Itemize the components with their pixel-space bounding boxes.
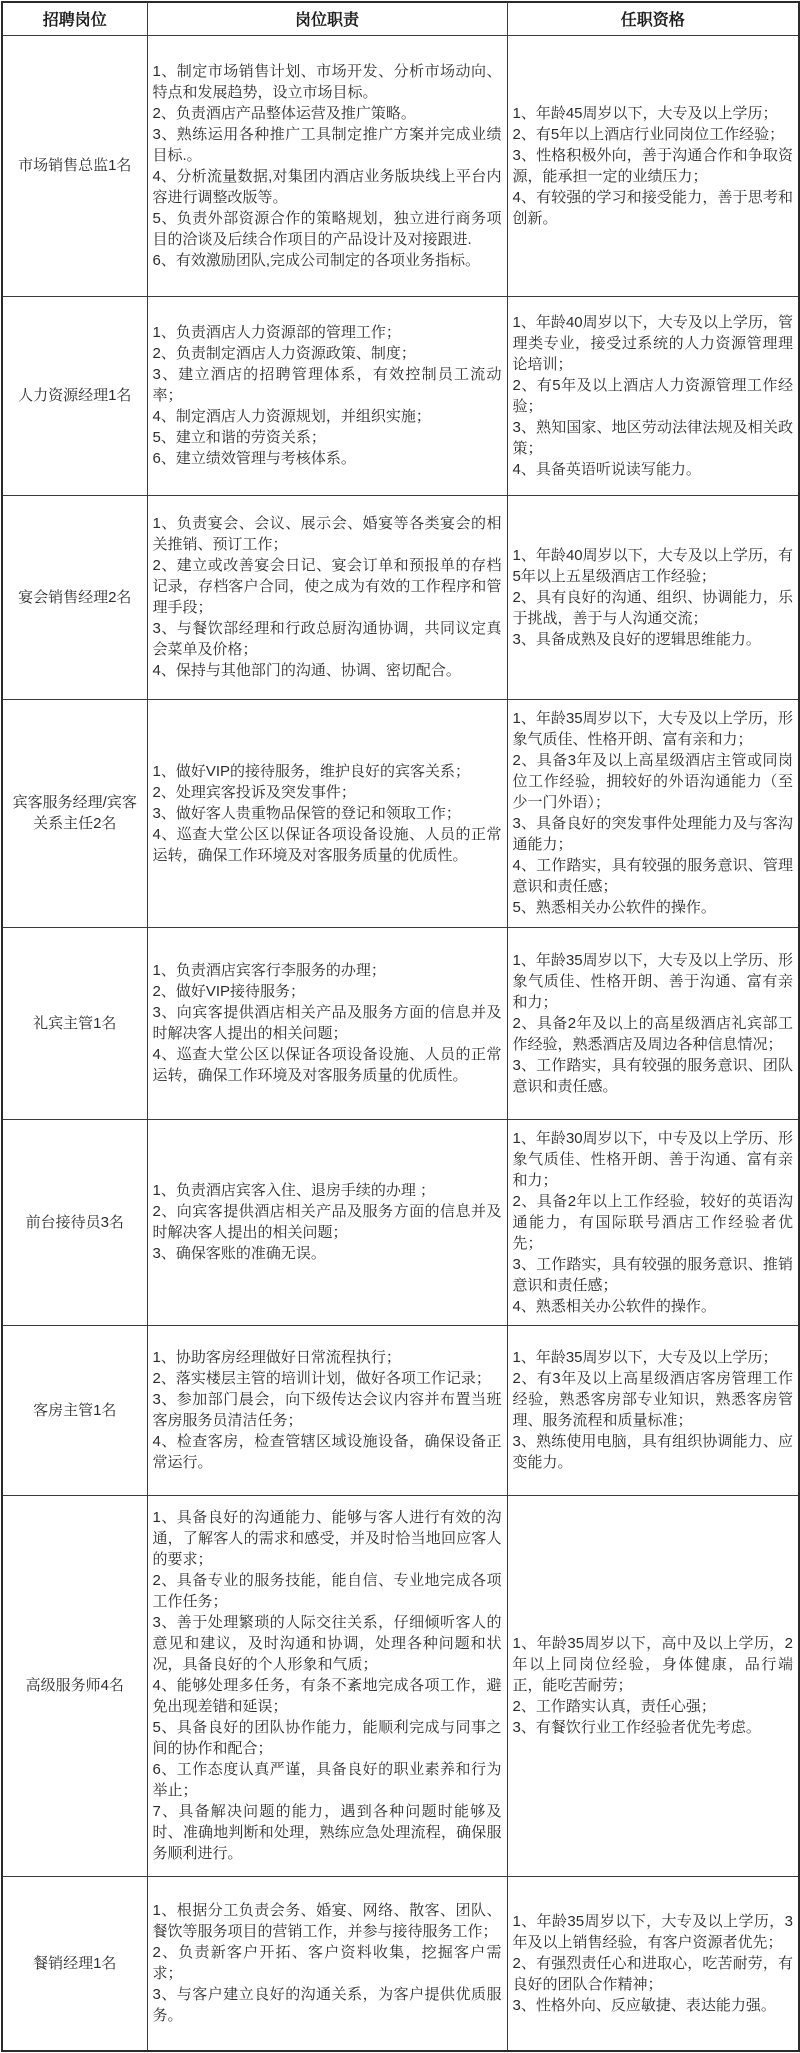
duty-item: 3、熟练运用各种推广工具制定推广方案并完成业绩目标.。 — [153, 124, 502, 166]
qualifications-cell: 1、年龄40周岁以下，大专及以上学历，管理类专业，接受过系统的人力资源管理理论培… — [507, 296, 799, 495]
duty-item: 4、能够处理多任务，有条不紊地完成各项工作，避免出现差错和延误； — [153, 1675, 502, 1717]
qualification-item: 3、性格积极外向，善于沟通合作和争取资源，能承担一定的业绩压力； — [513, 145, 794, 187]
qualification-item: 3、具备良好的突发事件处理能力及与客沟通能力； — [513, 813, 794, 855]
qualification-item: 1、年龄35周岁以下，大专及以上学历； — [513, 1347, 794, 1368]
duty-item: 3、善于处理繁琐的人际交往关系，仔细倾听客人的意见和建议，及时沟通和协调，处理各… — [153, 1612, 502, 1675]
qualification-item: 1、年龄35周岁以下，高中及以上学历，2年以上同岗位经验，身体健康，品行端正，能… — [513, 1633, 794, 1696]
duty-item: 6、建立绩效管理与考核体系。 — [153, 448, 502, 469]
column-header-duties: 岗位职责 — [147, 2, 507, 35]
duty-item: 3、向宾客提供酒店相关产品及服务方面的信息并及时解决客人提出的相关问题； — [153, 1002, 502, 1044]
duties-cell: 1、负责酒店人力资源部的管理工作；2、负责制定酒店人力资源政策、制度；3、建立酒… — [147, 296, 507, 495]
qualification-item: 2、有强烈责任心和进取心，吃苦耐劳，有良好的团队合作精神； — [513, 1953, 794, 1995]
duty-item: 1、根据分工负责会务、婚宴、网络、散客、团队、餐饮等服务项目的营销工作，并参与接… — [153, 1900, 502, 1942]
qualifications-cell: 1、年龄45周岁以下，大专及以上学历；2、有5年以上酒店行业同岗位工作经验；3、… — [507, 35, 799, 296]
position-cell: 客房主管1名 — [2, 1325, 147, 1495]
qualification-item: 2、有5年以上酒店行业同岗位工作经验； — [513, 124, 794, 145]
qualification-item: 3、工作踏实，具有较强的服务意识、推销意识和责任感； — [513, 1254, 794, 1296]
duty-item: 3、参加部门晨会，向下级传达会议内容并布置当班客房服务员清洁任务； — [153, 1389, 502, 1431]
position-cell: 人力资源经理1名 — [2, 296, 147, 495]
duty-item: 2、做好VIP接待服务； — [153, 981, 502, 1002]
qualification-item: 2、工作踏实认真，责任心强； — [513, 1696, 794, 1717]
qualification-item: 3、熟练使用电脑，具有组织协调能力、应变能力。 — [513, 1431, 794, 1473]
qualification-item: 1、年龄35周岁以下，大专及以上学历，3年及以上销售经验，有客户资源者优先； — [513, 1911, 794, 1953]
duty-item: 2、负责新客户开拓、客户资料收集，挖掘客户需求； — [153, 1942, 502, 1984]
duty-item: 3、与客户建立良好的沟通关系，为客户提供优质服务。 — [153, 1984, 502, 2026]
column-header-position: 招聘岗位 — [2, 2, 147, 35]
duty-item: 3、建立酒店的招聘管理体系，有效控制员工流动率； — [153, 364, 502, 406]
position-cell: 礼宾主管1名 — [2, 927, 147, 1119]
recruitment-table-body: 市场销售总监1名1、制定市场销售计划、市场开发、分析市场动向、特点和发展趋势，设… — [2, 35, 799, 2051]
table-row: 宴会销售经理2名1、负责宴会、会议、展示会、婚宴等各类宴会的相关推销、预订工作；… — [2, 495, 799, 699]
qualifications-cell: 1、年龄35周岁以下，大专及以上学历，3年及以上销售经验，有客户资源者优先；2、… — [507, 1876, 799, 2051]
qualifications-cell: 1、年龄30周岁以下，中专及以上学历、形象气质佳、性格开朗、善于沟通、富有亲和力… — [507, 1119, 799, 1325]
duty-item: 1、负责酒店宾客行李服务的办理； — [153, 960, 502, 981]
duty-item: 3、与餐饮部经理和行政总厨沟通协调，共同议定真会菜单及价格； — [153, 618, 502, 660]
duty-item: 7、具备解决问题的能力，遇到各种问题时能够及时、准确地判断和处理，熟练应急处理流… — [153, 1801, 502, 1864]
recruitment-page: 招聘岗位 岗位职责 任职资格 市场销售总监1名1、制定市场销售计划、市场开发、分… — [0, 0, 800, 2053]
duty-item: 1、负责酒店宾客入住、退房手续的办理 ； — [153, 1180, 502, 1201]
qualification-item: 4、具备英语听说读写能力。 — [513, 459, 794, 480]
position-cell: 宴会销售经理2名 — [2, 495, 147, 699]
duty-item: 1、负责宴会、会议、展示会、婚宴等各类宴会的相关推销、预订工作； — [153, 513, 502, 555]
qualification-item: 3、性格外向、反应敏捷、表达能力强。 — [513, 1995, 794, 2016]
duty-item: 2、负责酒店产品整体运营及推广策略。 — [153, 103, 502, 124]
qualifications-cell: 1、年龄35周岁以下，大专及以上学历；2、有3年及以上高星级酒店客房管理工作经验… — [507, 1325, 799, 1495]
qualification-item: 1、年龄30周岁以下，中专及以上学历、形象气质佳、性格开朗、善于沟通、富有亲和力… — [513, 1128, 794, 1191]
table-row: 客房主管1名1、协助客房经理做好日常流程执行；2、落实楼层主管的培训计划，做好各… — [2, 1325, 799, 1495]
duty-item: 3、做好客人贵重物品保管的登记和领取工作； — [153, 803, 502, 824]
duties-cell: 1、负责酒店宾客入住、退房手续的办理 ；2、向宾客提供酒店相关产品及服务方面的信… — [147, 1119, 507, 1325]
qualification-item: 1、年龄35周岁以下，大专及以上学历、形象气质佳、性格开朗、善于沟通、富有亲和力… — [513, 950, 794, 1013]
duty-item: 2、建立或改善宴会日记、宴会订单和预报单的存档记录，存档客户合同，使之成为有效的… — [153, 555, 502, 618]
qualification-item: 3、有餐饮行业工作经验者优先考虑。 — [513, 1717, 794, 1738]
qualification-item: 2、有3年及以上高星级酒店客房管理工作经验，熟悉客房部专业知识，熟悉客房管理、服… — [513, 1368, 794, 1431]
duties-cell: 1、负责宴会、会议、展示会、婚宴等各类宴会的相关推销、预订工作；2、建立或改善宴… — [147, 495, 507, 699]
qualification-item: 4、工作踏实，具有较强的服务意识、管理意识和责任感； — [513, 855, 794, 897]
qualification-item: 1、年龄45周岁以下，大专及以上学历； — [513, 103, 794, 124]
qualification-item: 1、年龄35周岁以下，大专及以上学历，形象气质佳、性格开朗、富有亲和力； — [513, 708, 794, 750]
qualifications-cell: 1、年龄35周岁以下，高中及以上学历，2年以上同岗位经验，身体健康，品行端正，能… — [507, 1495, 799, 1876]
qualification-item: 2、具备2年以上工作经验，较好的英语沟通能力，有国际联号酒店工作经验者优先； — [513, 1191, 794, 1254]
duty-item: 4、制定酒店人力资源规划，并组织实施； — [153, 406, 502, 427]
position-cell: 宾客服务经理/宾客关系主任2名 — [2, 699, 147, 927]
qualification-item: 3、工作踏实，具有较强的服务意识、团队意识和责任感。 — [513, 1055, 794, 1097]
duty-item: 2、落实楼层主管的培训计划，做好各项工作记录； — [153, 1368, 502, 1389]
duty-item: 1、协助客房经理做好日常流程执行； — [153, 1347, 502, 1368]
qualification-item: 3、具备成熟及良好的逻辑思维能力。 — [513, 629, 794, 650]
duty-item: 5、建立和谐的劳资关系； — [153, 427, 502, 448]
qualifications-cell: 1、年龄35周岁以下，大专及以上学历，形象气质佳、性格开朗、富有亲和力；2、具备… — [507, 699, 799, 927]
column-header-qualifications: 任职资格 — [507, 2, 799, 35]
duty-item: 5、具备良好的团队协作能力，能顺利完成与同事之间的协作和配合； — [153, 1717, 502, 1759]
duty-item: 2、具备专业的服务技能，能自信、专业地完成各项工作任务； — [153, 1570, 502, 1612]
table-row: 人力资源经理1名1、负责酒店人力资源部的管理工作；2、负责制定酒店人力资源政策、… — [2, 296, 799, 495]
qualification-item: 4、有较强的学习和接受能力，善于思考和创新。 — [513, 187, 794, 229]
table-row: 市场销售总监1名1、制定市场销售计划、市场开发、分析市场动向、特点和发展趋势，设… — [2, 35, 799, 296]
qualifications-cell: 1、年龄40周岁以下，大专及以上学历，有5年以上五星级酒店工作经验；2、具有良好… — [507, 495, 799, 699]
table-row: 礼宾主管1名1、负责酒店宾客行李服务的办理；2、做好VIP接待服务；3、向宾客提… — [2, 927, 799, 1119]
qualification-item: 1、年龄40周岁以下，大专及以上学历，管理类专业，接受过系统的人力资源管理理论培… — [513, 312, 794, 375]
duties-cell: 1、负责酒店宾客行李服务的办理；2、做好VIP接待服务；3、向宾客提供酒店相关产… — [147, 927, 507, 1119]
duties-cell: 1、制定市场销售计划、市场开发、分析市场动向、特点和发展趋势，设立市场目标。2、… — [147, 35, 507, 296]
duty-item: 4、巡查大堂公区以保证各项设备设施、人员的正常运转，确保工作环境及对客服务质量的… — [153, 1044, 502, 1086]
qualification-item: 2、具有良好的沟通、组织、协调能力，乐于挑战，善于与人沟通交流； — [513, 587, 794, 629]
duty-item: 2、向宾客提供酒店相关产品及服务方面的信息并及时解决客人提出的相关问题； — [153, 1201, 502, 1243]
position-cell: 餐销经理1名 — [2, 1876, 147, 2051]
duty-item: 5、负责外部资源合作的策略规划，独立进行商务项目的洽谈及后续合作项目的产品设计及… — [153, 208, 502, 250]
duty-item: 2、负责制定酒店人力资源政策、制度； — [153, 343, 502, 364]
table-row: 餐销经理1名1、根据分工负责会务、婚宴、网络、散客、团队、餐饮等服务项目的营销工… — [2, 1876, 799, 2051]
qualification-item: 3、熟知国家、地区劳动法律法规及相关政策； — [513, 417, 794, 459]
position-cell: 前台接待员3名 — [2, 1119, 147, 1325]
table-row: 宾客服务经理/宾客关系主任2名1、做好VIP的接待服务，维护良好的宾客关系；2、… — [2, 699, 799, 927]
qualification-item: 2、具备3年及以上高星级酒店主管或同岗位工作经验，拥较好的外语沟通能力（至少一门… — [513, 750, 794, 813]
qualifications-cell: 1、年龄35周岁以下，大专及以上学历、形象气质佳、性格开朗、善于沟通、富有亲和力… — [507, 927, 799, 1119]
duty-item: 1、做好VIP的接待服务，维护良好的宾客关系； — [153, 761, 502, 782]
duties-cell: 1、做好VIP的接待服务，维护良好的宾客关系；2、处理宾客投诉及突发事件；3、做… — [147, 699, 507, 927]
table-row: 前台接待员3名1、负责酒店宾客入住、退房手续的办理 ；2、向宾客提供酒店相关产品… — [2, 1119, 799, 1325]
duty-item: 2、处理宾客投诉及突发事件； — [153, 782, 502, 803]
duty-item: 1、制定市场销售计划、市场开发、分析市场动向、特点和发展趋势，设立市场目标。 — [153, 61, 502, 103]
qualification-item: 1、年龄40周岁以下，大专及以上学历，有5年以上五星级酒店工作经验； — [513, 545, 794, 587]
table-header-row: 招聘岗位 岗位职责 任职资格 — [2, 2, 799, 35]
duty-item: 4、保持与其他部门的沟通、协调、密切配合。 — [153, 660, 502, 681]
qualification-item: 4、熟悉相关办公软件的操作。 — [513, 1296, 794, 1317]
duty-item: 1、负责酒店人力资源部的管理工作； — [153, 322, 502, 343]
table-row: 高级服务师4名1、具备良好的沟通能力、能够与客人进行有效的沟通，了解客人的需求和… — [2, 1495, 799, 1876]
duty-item: 1、具备良好的沟通能力、能够与客人进行有效的沟通，了解客人的需求和感受，并及时恰… — [153, 1507, 502, 1570]
qualification-item: 2、有5年及以上酒店人力资源管理工作经验； — [513, 375, 794, 417]
qualification-item: 2、具备2年及以上的高星级酒店礼宾部工作经验，熟悉酒店及周边各种信息情况； — [513, 1013, 794, 1055]
duty-item: 6、工作态度认真严谨，具备良好的职业素养和行为举止； — [153, 1759, 502, 1801]
duties-cell: 1、具备良好的沟通能力、能够与客人进行有效的沟通，了解客人的需求和感受，并及时恰… — [147, 1495, 507, 1876]
position-cell: 高级服务师4名 — [2, 1495, 147, 1876]
duty-item: 4、分析流量数据,对集团内酒店业务版块线上平台内容进行调整改版等。 — [153, 166, 502, 208]
duties-cell: 1、协助客房经理做好日常流程执行；2、落实楼层主管的培训计划，做好各项工作记录；… — [147, 1325, 507, 1495]
position-cell: 市场销售总监1名 — [2, 35, 147, 296]
duty-item: 3、确保客账的准确无误。 — [153, 1243, 502, 1264]
duties-cell: 1、根据分工负责会务、婚宴、网络、散客、团队、餐饮等服务项目的营销工作，并参与接… — [147, 1876, 507, 2051]
qualification-item: 5、熟悉相关办公软件的操作。 — [513, 897, 794, 918]
duty-item: 4、检查客房，检查管辖区域设施设备，确保设备正常运行。 — [153, 1431, 502, 1473]
recruitment-table: 招聘岗位 岗位职责 任职资格 市场销售总监1名1、制定市场销售计划、市场开发、分… — [1, 1, 800, 2052]
duty-item: 6、有效激励团队,完成公司制定的各项业务指标。 — [153, 250, 502, 271]
duty-item: 4、巡查大堂公区以保证各项设备设施、人员的正常运转，确保工作环境及对客服务质量的… — [153, 824, 502, 866]
